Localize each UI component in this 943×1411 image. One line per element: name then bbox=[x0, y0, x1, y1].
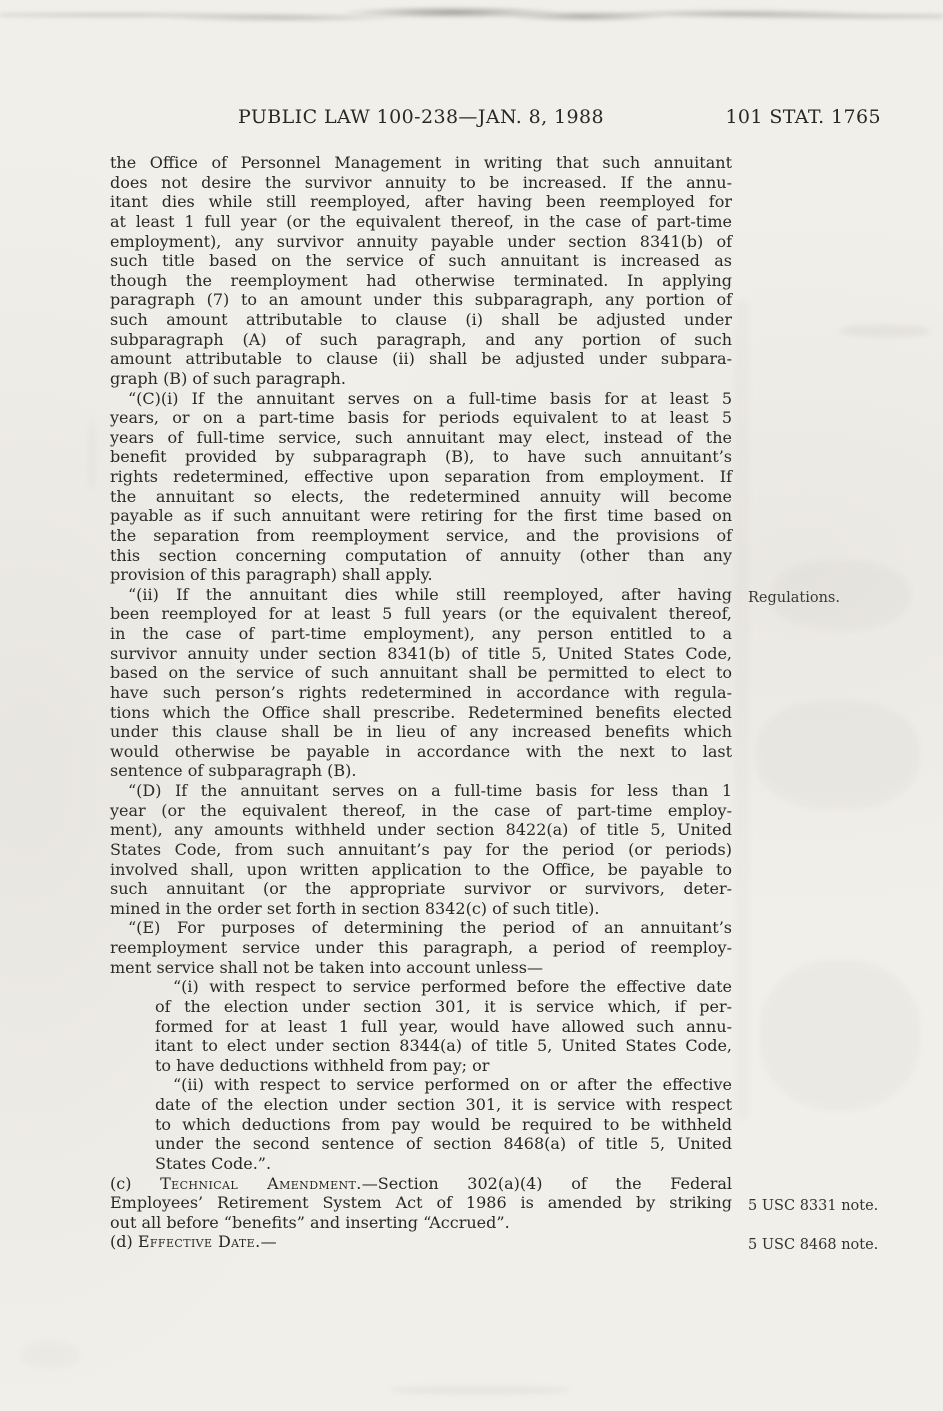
paragraph: “(E) For purposes of determining the per… bbox=[110, 918, 732, 977]
text-segment: —Section 302(a)(4) of the Federal bbox=[362, 1174, 732, 1193]
text-line: States Code, from such annuitant’s pay f… bbox=[110, 840, 732, 860]
text-line: does not desire the survivor annuity to … bbox=[110, 173, 732, 193]
scan-artifact bbox=[735, 300, 749, 1120]
paragraph: “(C)(i) If the annuitant serves on a ful… bbox=[110, 389, 732, 585]
margin-note: Regulations. bbox=[748, 590, 840, 607]
text-line: date of the election under section 301, … bbox=[155, 1095, 732, 1115]
text-line: tions which the Office shall prescribe. … bbox=[110, 703, 732, 723]
text-line: though the reemployment had otherwise te… bbox=[110, 271, 732, 291]
text-line: ment), any amounts withheld under sectio… bbox=[110, 820, 732, 840]
text-line: reemployment service under this paragrap… bbox=[110, 938, 732, 958]
text-line: years, or on a part-time basis for perio… bbox=[110, 408, 732, 428]
scan-artifact bbox=[20, 1340, 80, 1370]
text-segment: (c) bbox=[110, 1174, 160, 1193]
text-line: survivor annuity under section 8341(b) o… bbox=[110, 644, 732, 664]
text-line: under this clause shall be in lieu of an… bbox=[110, 722, 732, 742]
scanned-statute-page: PUBLIC LAW 100-238—JAN. 8, 1988 101 STAT… bbox=[0, 0, 943, 1411]
text-line: itant dies while still reemployed, after… bbox=[110, 192, 732, 212]
paragraph: (d) Effective Date.— bbox=[110, 1232, 732, 1252]
paragraph: the Office of Personnel Management in wr… bbox=[110, 153, 732, 389]
text-line: been reemployed for at least 5 full year… bbox=[110, 604, 732, 624]
text-line: to have deductions withheld from pay; or bbox=[155, 1056, 732, 1076]
text-line: the separation from reemployment service… bbox=[110, 526, 732, 546]
paragraph: “(ii) with respect to service performed … bbox=[155, 1075, 732, 1173]
scan-artifact-top-edge bbox=[0, 2, 943, 28]
text-line: payable as if such annuitant were retiri… bbox=[110, 506, 732, 526]
text-line: “(ii) If the annuitant dies while still … bbox=[110, 585, 732, 605]
text-segment: (d) bbox=[110, 1232, 138, 1251]
text-line: ment service shall not be taken into acc… bbox=[110, 958, 732, 978]
text-line: (c) Technical Amendment.—Section 302(a)(… bbox=[110, 1174, 732, 1194]
paragraph: (c) Technical Amendment.—Section 302(a)(… bbox=[110, 1174, 732, 1233]
text-line: years of full-time service, such annuita… bbox=[110, 428, 732, 448]
text-line: to which deductions from pay would be re… bbox=[155, 1115, 732, 1135]
text-line: benefit provided by subparagraph (B), to… bbox=[110, 447, 732, 467]
text-line: provision of this paragraph) shall apply… bbox=[110, 565, 732, 585]
paragraph: “(i) with respect to service performed b… bbox=[155, 977, 732, 1075]
text-line: the annuitant so elects, the redetermine… bbox=[110, 487, 732, 507]
smallcaps-text: Technical Amendment. bbox=[160, 1174, 362, 1193]
text-line: graph (B) of such paragraph. bbox=[110, 369, 732, 389]
text-line: subparagraph (A) of such paragraph, and … bbox=[110, 330, 732, 350]
text-line: would otherwise be payable in accordance… bbox=[110, 742, 732, 762]
text-line: based on the service of such annuitant s… bbox=[110, 663, 732, 683]
text-line: involved shall, upon written application… bbox=[110, 860, 732, 880]
text-line: “(D) If the annuitant serves on a full-t… bbox=[110, 781, 732, 801]
text-line: have such person’s rights redetermined i… bbox=[110, 683, 732, 703]
text-line: itant to elect under section 8344(a) of … bbox=[155, 1036, 732, 1056]
text-line: “(ii) with respect to service performed … bbox=[155, 1075, 732, 1095]
text-line: formed for at least 1 full year, would h… bbox=[155, 1017, 732, 1037]
text-segment: — bbox=[261, 1232, 277, 1251]
text-line: such annuitant (or the appropriate survi… bbox=[110, 879, 732, 899]
text-line: “(C)(i) If the annuitant serves on a ful… bbox=[110, 389, 732, 409]
scan-artifact bbox=[390, 1386, 570, 1394]
scan-artifact bbox=[755, 700, 920, 810]
text-line: sentence of subparagraph (B). bbox=[110, 761, 732, 781]
text-line: in the case of part-time employment), an… bbox=[110, 624, 732, 644]
text-line: this section concerning computation of a… bbox=[110, 546, 732, 566]
text-line: amount attributable to clause (ii) shall… bbox=[110, 349, 732, 369]
scan-artifact bbox=[88, 420, 96, 490]
text-line: out all before “benefits” and inserting … bbox=[110, 1213, 732, 1233]
text-line: under the second sentence of section 846… bbox=[155, 1134, 732, 1154]
text-line: rights redetermined, effective upon sepa… bbox=[110, 467, 732, 487]
paragraph: “(D) If the annuitant serves on a full-t… bbox=[110, 781, 732, 918]
running-head-stat-number: 101 STAT. 1765 bbox=[725, 106, 881, 128]
text-line: such amount attributable to clause (i) s… bbox=[110, 310, 732, 330]
text-line: “(E) For purposes of determining the per… bbox=[110, 918, 732, 938]
text-line: of the election under section 301, it is… bbox=[155, 997, 732, 1017]
paragraph: “(ii) If the annuitant dies while still … bbox=[110, 585, 732, 781]
margin-note: 5 USC 8331 note. bbox=[748, 1198, 878, 1215]
text-line: Employees’ Retirement System Act of 1986… bbox=[110, 1193, 732, 1213]
scan-artifact bbox=[840, 325, 930, 337]
text-line: the Office of Personnel Management in wr… bbox=[110, 153, 732, 173]
scan-artifact bbox=[760, 960, 920, 1110]
text-line: such title based on the service of such … bbox=[110, 251, 732, 271]
text-line: at least 1 full year (or the equivalent … bbox=[110, 212, 732, 232]
smallcaps-text: Effective Date. bbox=[138, 1232, 261, 1251]
text-line: (d) Effective Date.— bbox=[110, 1232, 732, 1252]
statute-text-block: the Office of Personnel Management in wr… bbox=[110, 153, 732, 1252]
text-line: mined in the order set forth in section … bbox=[110, 899, 732, 919]
text-line: States Code.”. bbox=[155, 1154, 732, 1174]
text-line: year (or the equivalent thereof, in the … bbox=[110, 801, 732, 821]
text-line: paragraph (7) to an amount under this su… bbox=[110, 290, 732, 310]
text-line: employment), any survivor annuity payabl… bbox=[110, 232, 732, 252]
running-head-title: PUBLIC LAW 100-238—JAN. 8, 1988 bbox=[110, 106, 732, 128]
text-line: “(i) with respect to service performed b… bbox=[155, 977, 732, 997]
margin-note: 5 USC 8468 note. bbox=[748, 1237, 878, 1254]
